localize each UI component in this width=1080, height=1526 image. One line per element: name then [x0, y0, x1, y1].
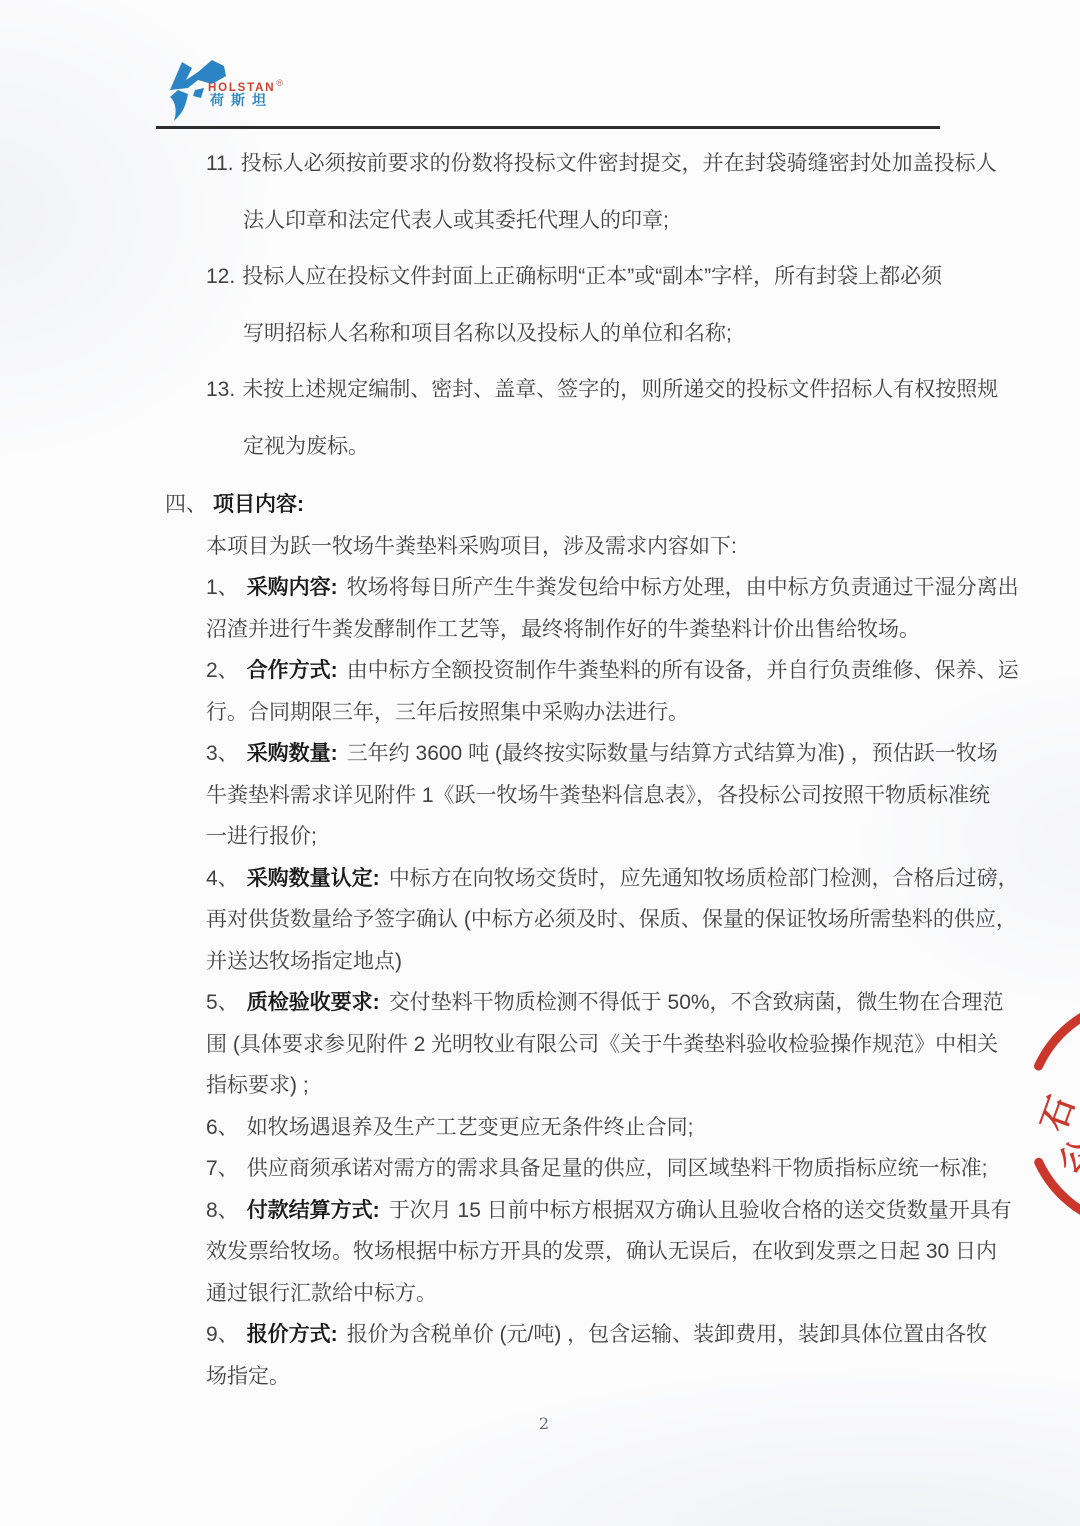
- clause-list: 11.投标人必须按前要求的份数将投标文件密封提交，并在封袋骑缝密封处加盖投标人 …: [0, 136, 1080, 475]
- list-item-8: 8、付款结算方式:于次月 15 日前中标方根据双方确认且验收合格的送交货数量开具…: [0, 1190, 1080, 1315]
- section-heading: 四、项目内容:: [0, 484, 1080, 526]
- list-item-9: 9、报价方式:报价为含税单价 (元/吨) ，包含运输、装卸费用，装卸具体位置由各…: [0, 1314, 1080, 1397]
- clause-line: 写明招标人名称和项目名称以及投标人的单位和名称;: [206, 306, 1080, 363]
- clause-number: 11.: [206, 152, 234, 175]
- item-number: 7、: [206, 1157, 239, 1180]
- clause-line: 11.投标人必须按前要求的份数将投标文件密封提交，并在封袋骑缝密封处加盖投标人: [206, 136, 1080, 193]
- section-body: 本项目为跃一牧场牛粪垫料采购项目，涉及需求内容如下: 1、采购内容:牧场将每日所…: [0, 526, 1080, 1398]
- list-item-4: 4、采购数量认定:中标方在向牧场交货时，应先通知牧场质检部门检测，合格后过磅， …: [0, 858, 1080, 983]
- clause-text: 投标人应在投标文件封面上正确标明“正本”或“副本”字样，所有封袋上都必须: [242, 265, 942, 288]
- item-line: 3、采购数量:三年约 3600 吨 (最终按实际数量与结算方式结算为准) ，预估…: [0, 733, 1080, 775]
- item-label: 采购数量:: [247, 742, 338, 765]
- clause-line: 定视为废标。: [206, 419, 1080, 476]
- list-item-6: 6、如牧场遇退养及生产工艺变更应无条件终止合同;: [0, 1107, 1080, 1149]
- item-label: 质检验收要求:: [247, 991, 380, 1014]
- item-line: 5、质检验收要求:交付垫料干物质检测不得低于 50%，不含致病菌，微生物在合理范: [0, 982, 1080, 1024]
- item-text: 报价为含税单价 (元/吨) ，包含运输、装卸费用，装卸具体位置由各牧: [347, 1323, 988, 1346]
- item-line: 4、采购数量认定:中标方在向牧场交货时，应先通知牧场质检部门检测，合格后过磅，: [0, 858, 1080, 900]
- section-index: 四、: [165, 493, 207, 516]
- item-text: 由中标方全额投资制作牛粪垫料的所有设备，并自行负责维修、保养、运: [347, 659, 1019, 682]
- list-item-7: 7、供应商须承诺对需方的需求具备足量的供应，同区域垫料干物质指标应统一标准;: [0, 1148, 1080, 1190]
- item-text: 如牧场遇退养及生产工艺变更应无条件终止合同;: [247, 1116, 694, 1139]
- section-intro: 本项目为跃一牧场牛粪垫料采购项目，涉及需求内容如下:: [0, 526, 1080, 568]
- item-line: 通过银行汇款给中标方。: [0, 1273, 1080, 1315]
- item-label: 采购数量认定:: [247, 867, 380, 890]
- item-number: 8、: [206, 1199, 239, 1222]
- clause-line: 13.未按上述规定编制、密封、盖章、签字的，则所递交的投标文件招标人有权按照规: [206, 362, 1080, 419]
- item-label: 付款结算方式:: [247, 1199, 380, 1222]
- item-line: 再对供货数量给予签字确认 (中标方必须及时、保质、保量的保证牧场所需垫料的供应，: [0, 899, 1080, 941]
- item-text: 牧场将每日所产生牛粪发包给中标方处理，由中标方负责通过干湿分离出: [347, 576, 1019, 599]
- clause-13: 13.未按上述规定编制、密封、盖章、签字的，则所递交的投标文件招标人有权按照规 …: [0, 362, 1080, 475]
- item-number: 9、: [206, 1323, 239, 1346]
- item-text: 于次月 15 日前中标方根据双方确认且验收合格的送交货数量开具有: [389, 1199, 1012, 1222]
- item-number: 1、: [206, 576, 239, 599]
- item-number: 5、: [206, 991, 239, 1014]
- item-line: 并送达牧场指定地点): [0, 941, 1080, 983]
- registered-mark-icon: ®: [276, 78, 283, 88]
- item-line: 6、如牧场遇退养及生产工艺变更应无条件终止合同;: [0, 1107, 1080, 1149]
- item-line: 效发票给牧场。牧场根据中标方开具的发票，确认无误后，在收到发票之日起 30 日内: [0, 1231, 1080, 1273]
- item-number: 4、: [206, 867, 239, 890]
- item-line: 场指定。: [0, 1356, 1080, 1398]
- clause-line: 法人印章和法定代表人或其委托代理人的印章;: [206, 193, 1080, 250]
- item-line: 行。合同期限三年，三年后按照集中采购办法进行。: [0, 692, 1080, 734]
- stamp-glyph: 公: [1051, 1133, 1080, 1180]
- item-line: 1、采购内容:牧场将每日所产生牛粪发包给中标方处理，由中标方负责通过干湿分离出: [0, 567, 1080, 609]
- section-project-content: 四、项目内容: 本项目为跃一牧场牛粪垫料采购项目，涉及需求内容如下: 1、采购内…: [0, 484, 1080, 1397]
- clause-12: 12.投标人应在投标文件封面上正确标明“正本”或“副本”字样，所有封袋上都必须 …: [0, 249, 1080, 362]
- item-number: 2、: [206, 659, 239, 682]
- clause-line: 12.投标人应在投标文件封面上正确标明“正本”或“副本”字样，所有封袋上都必须: [206, 249, 1080, 306]
- item-line: 指标要求) ;: [0, 1065, 1080, 1107]
- brand-name-chinese: 荷斯坦: [210, 90, 273, 110]
- list-item-3: 3、采购数量:三年约 3600 吨 (最终按实际数量与结算方式结算为准) ，预估…: [0, 733, 1080, 858]
- item-line: 沼渣并进行牛粪发酵制作工艺等，最终将制作好的牛粪垫料计价出售给牧场。: [0, 609, 1080, 651]
- item-number: 6、: [206, 1116, 239, 1139]
- clause-text: 投标人必须按前要求的份数将投标文件密封提交，并在封袋骑缝密封处加盖投标人: [241, 152, 997, 175]
- item-line: 9、报价方式:报价为含税单价 (元/吨) ，包含运输、装卸费用，装卸具体位置由各…: [0, 1314, 1080, 1356]
- item-number: 3、: [206, 742, 239, 765]
- section-title: 项目内容:: [213, 493, 304, 516]
- list-item-2: 2、合作方式:由中标方全额投资制作牛粪垫料的所有设备，并自行负责维修、保养、运 …: [0, 650, 1080, 733]
- clause-text: 未按上述规定编制、密封、盖章、签字的，则所递交的投标文件招标人有权按照规: [242, 378, 998, 401]
- stamp-glyph: 石: [1034, 1091, 1080, 1137]
- clause-number: 13.: [206, 378, 235, 401]
- list-item-5: 5、质检验收要求:交付垫料干物质检测不得低于 50%，不含致病菌，微生物在合理范…: [0, 982, 1080, 1107]
- item-text: 三年约 3600 吨 (最终按实际数量与结算方式结算为准) ，预估跃一牧场: [347, 742, 998, 765]
- clause-number: 12.: [206, 265, 235, 288]
- item-label: 采购内容:: [247, 576, 338, 599]
- item-text: 中标方在向牧场交货时，应先通知牧场质检部门检测，合格后过磅，: [389, 867, 1019, 890]
- item-line: 牛粪垫料需求详见附件 1《跃一牧场牛粪垫料信息表》，各投标公司按照干物质标准统: [0, 775, 1080, 817]
- item-label: 报价方式:: [247, 1323, 338, 1346]
- list-item-1: 1、采购内容:牧场将每日所产生牛粪发包给中标方处理，由中标方负责通过干湿分离出 …: [0, 567, 1080, 650]
- header-rule: [156, 126, 940, 129]
- clause-11: 11.投标人必须按前要求的份数将投标文件密封提交，并在封袋骑缝密封处加盖投标人 …: [0, 136, 1080, 249]
- red-seal-stamp-icon: 石 公: [1000, 986, 1080, 1244]
- item-text: 交付垫料干物质检测不得低于 50%，不含致病菌，微生物在合理范: [389, 991, 1004, 1014]
- logo: HOLSTAN® 荷斯坦: [162, 56, 322, 128]
- item-label: 合作方式:: [247, 659, 338, 682]
- page-number: 2: [8, 1414, 1080, 1433]
- item-line: 围 (具体要求参见附件 2 光明牧业有限公司《关于牛粪垫料验收检验操作规范》中相…: [0, 1024, 1080, 1066]
- item-line: 7、供应商须承诺对需方的需求具备足量的供应，同区域垫料干物质指标应统一标准;: [0, 1148, 1080, 1190]
- item-text: 供应商须承诺对需方的需求具备足量的供应，同区域垫料干物质指标应统一标准;: [247, 1157, 988, 1180]
- document-page: HOLSTAN® 荷斯坦 11.投标人必须按前要求的份数将投标文件密封提交，并在…: [0, 0, 1080, 1526]
- item-line: 一进行报价;: [0, 816, 1080, 858]
- item-line: 2、合作方式:由中标方全额投资制作牛粪垫料的所有设备，并自行负责维修、保养、运: [0, 650, 1080, 692]
- item-line: 8、付款结算方式:于次月 15 日前中标方根据双方确认且验收合格的送交货数量开具…: [0, 1190, 1080, 1232]
